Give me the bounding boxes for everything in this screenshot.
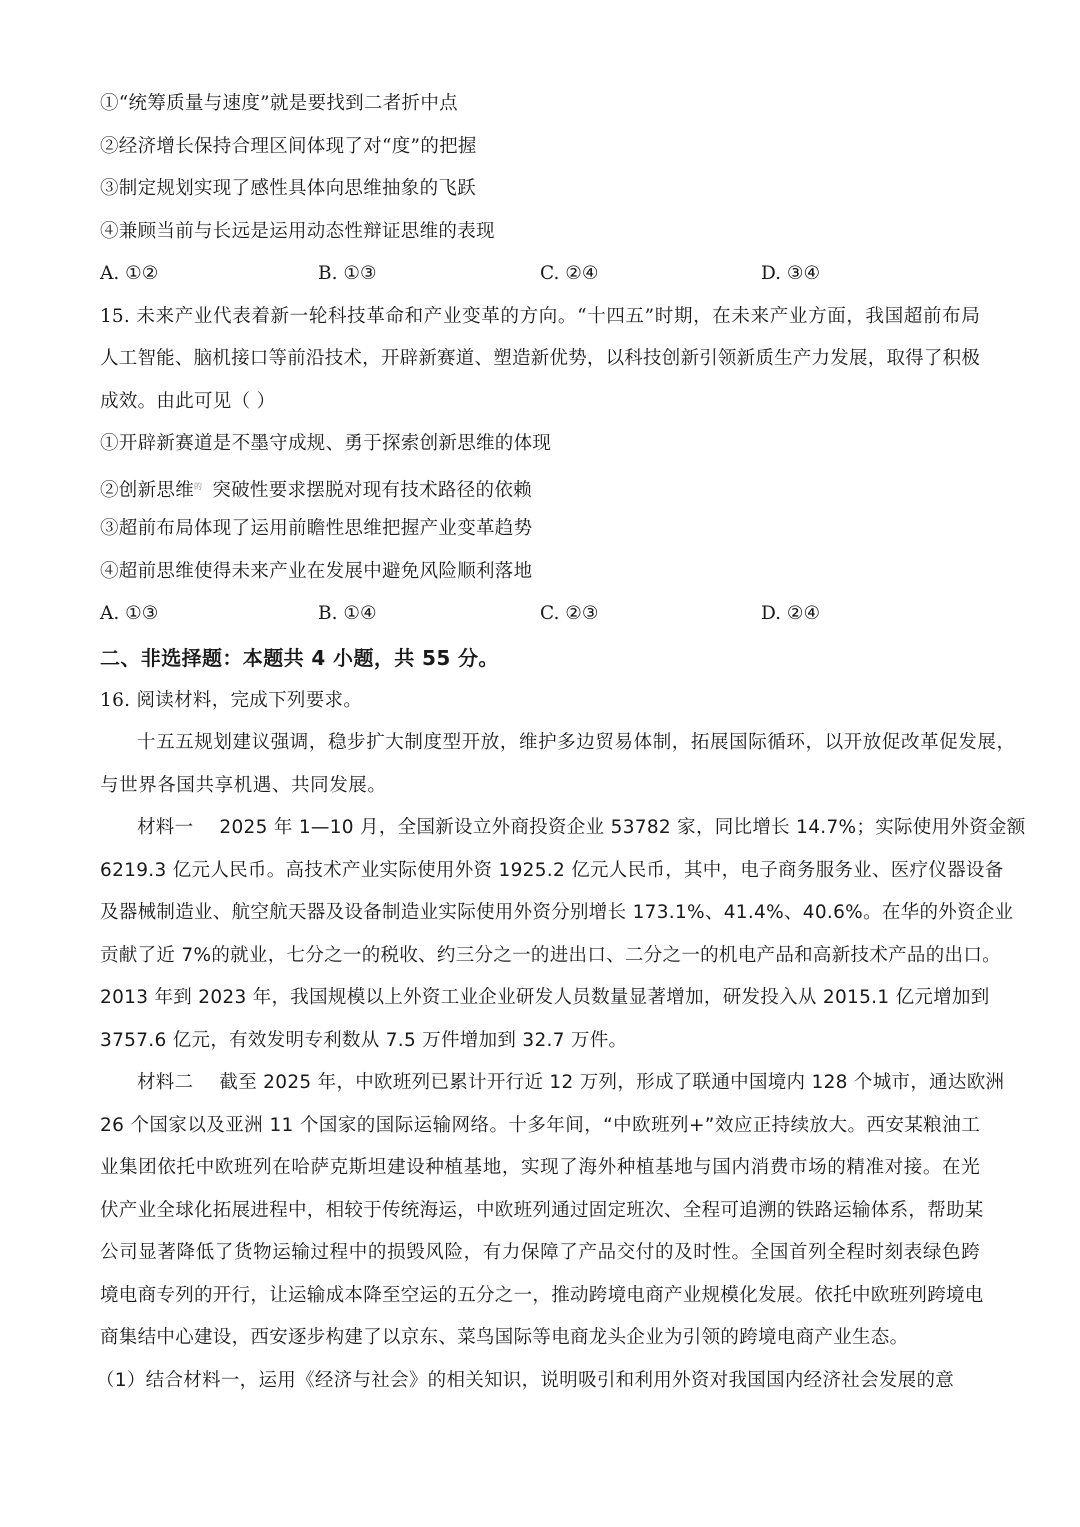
- q15-choice-a[interactable]: A. ①③: [100, 602, 158, 626]
- q14-choice-b[interactable]: B. ①③: [318, 262, 377, 286]
- q15-option-4: ④超前思维使得未来产业在发展中避免风险顺利落地: [100, 560, 532, 584]
- material2-label: 材料二: [137, 1072, 193, 1093]
- material2-line-1: 材料二截至 2025 年，中欧班列已累计开行近 12 万列，形成了联通中国境内 …: [137, 1071, 1004, 1095]
- q15-choice-c[interactable]: C. ②③: [540, 602, 598, 626]
- q16-sub-question-1: （1）结合材料一，运用《经济与社会》的相关知识，说明吸引和利用外资对我国国内经济…: [96, 1369, 954, 1393]
- material1-label: 材料一: [137, 817, 193, 838]
- exam-page: ①“统筹质量与速度”就是要找到二者折中点 ②经济增长保持合理区间体现了对“度”的…: [0, 0, 1080, 1527]
- q15-option-1: ①开辟新赛道是不墨守成规、勇于探索创新思维的体现: [100, 432, 551, 456]
- material1-line-3: 及器械制造业、航空航天器及设备制造业实际使用外资分别增长 173.1%、41.4…: [100, 901, 980, 925]
- q16-intro-line-1: 十五五规划建议强调，稳步扩大制度型开放，维护多边贸易体制，拓展国际循环，以开放促…: [137, 731, 1016, 755]
- material2-line-4: 伏产业全球化拓展进程中，相较于传统海运，中欧班列通过固定班次、全程可追溯的铁路运…: [100, 1199, 980, 1223]
- material2-line-2: 26 个国家以及亚洲 11 个国家的国际运输网络。十多年间，“中欧班列+”效应正…: [100, 1114, 980, 1138]
- section-heading: 二、非选择题：本题共 4 小题，共 55 分。: [100, 645, 499, 671]
- q14-option-3: ③制定规划实现了感性具体向思维抽象的飞跃: [100, 177, 476, 201]
- q15-stem-line-1: 15. 未来产业代表着新一轮科技革命和产业变革的方向。“十四五”时期，在未来产业…: [100, 305, 980, 329]
- q14-option-4: ④兼顾当前与长远是运用动态性辩证思维的表现: [100, 220, 495, 244]
- q14-option-2: ②经济增长保持合理区间体现了对“度”的把握: [100, 135, 477, 159]
- q15-choices: A. ①③ B. ①④ C. ②③ D. ②④: [100, 602, 980, 626]
- q14-option-1: ①“统筹质量与速度”就是要找到二者折中点: [100, 92, 458, 116]
- material2-line-3: 业集团依托中欧班列在哈萨克斯坦建设种植基地，实现了海外种植基地与国内消费市场的精…: [100, 1156, 980, 1180]
- material2-line-5: 公司显著降低了货物运输过程中的损毁风险，有力保障了产品交付的及时性。全国首列全程…: [100, 1241, 980, 1265]
- material1-line-2: 6219.3 亿元人民币。高技术产业实际使用外资 1925.2 亿元人民币，其中…: [100, 859, 980, 883]
- q15-stem-line-2: 人工智能、脑机接口等前沿技术，开辟新赛道、塑造新优势，以科技创新引领新质生产力发…: [100, 347, 980, 371]
- q15-option-3: ③超前布局体现了运用前瞻性思维把握产业变革趋势: [100, 517, 532, 541]
- q16-intro-line-2: 与世界各国共享机遇、共同发展。: [100, 774, 387, 798]
- q15-option-2: ②创新思维的突破性要求摆脱对现有技术路径的依赖: [100, 475, 532, 503]
- material2-line-6: 境电商专列的开行，让运输成本降至空运的五分之一，推动跨境电商产业规模化发展。依托…: [100, 1284, 980, 1308]
- superscript-mark: 的: [194, 482, 202, 491]
- material1-line-4: 贡献了近 7%的就业，七分之一的税收、约三分之一的进出口、二分之一的机电产品和高…: [100, 944, 980, 968]
- q15-choice-b[interactable]: B. ①④: [318, 602, 377, 626]
- q15-option-2-start: ②创新思维: [100, 480, 194, 501]
- material1-line-6: 3757.6 亿元，有效发明专利数从 7.5 万件增加到 32.7 万件。: [100, 1029, 627, 1053]
- material1-line-5: 2013 年到 2023 年，我国规模以上外资工业企业研发人员数量显著增加，研发…: [100, 986, 980, 1010]
- material1-line-1: 材料一2025 年 1—10 月，全国新设立外商投资企业 53782 家，同比增…: [137, 816, 1026, 840]
- q14-choices: A. ①② B. ①③ C. ②④ D. ③④: [100, 262, 980, 286]
- q15-choice-d[interactable]: D. ②④: [761, 602, 820, 626]
- q14-choice-a[interactable]: A. ①②: [100, 262, 158, 286]
- q15-option-2-rest: 突破性要求摆脱对现有技术路径的依赖: [212, 480, 532, 501]
- q16-stem: 16. 阅读材料，完成下列要求。: [100, 689, 362, 713]
- material2-line-7: 商集结中心建设，西安逐步构建了以京东、菜鸟国际等电商龙头企业为引领的跨境电商产业…: [100, 1326, 908, 1350]
- q14-choice-c[interactable]: C. ②④: [540, 262, 598, 286]
- q14-choice-d[interactable]: D. ③④: [761, 262, 820, 286]
- q15-stem-line-3: 成效。由此可见（ ）: [100, 390, 275, 414]
